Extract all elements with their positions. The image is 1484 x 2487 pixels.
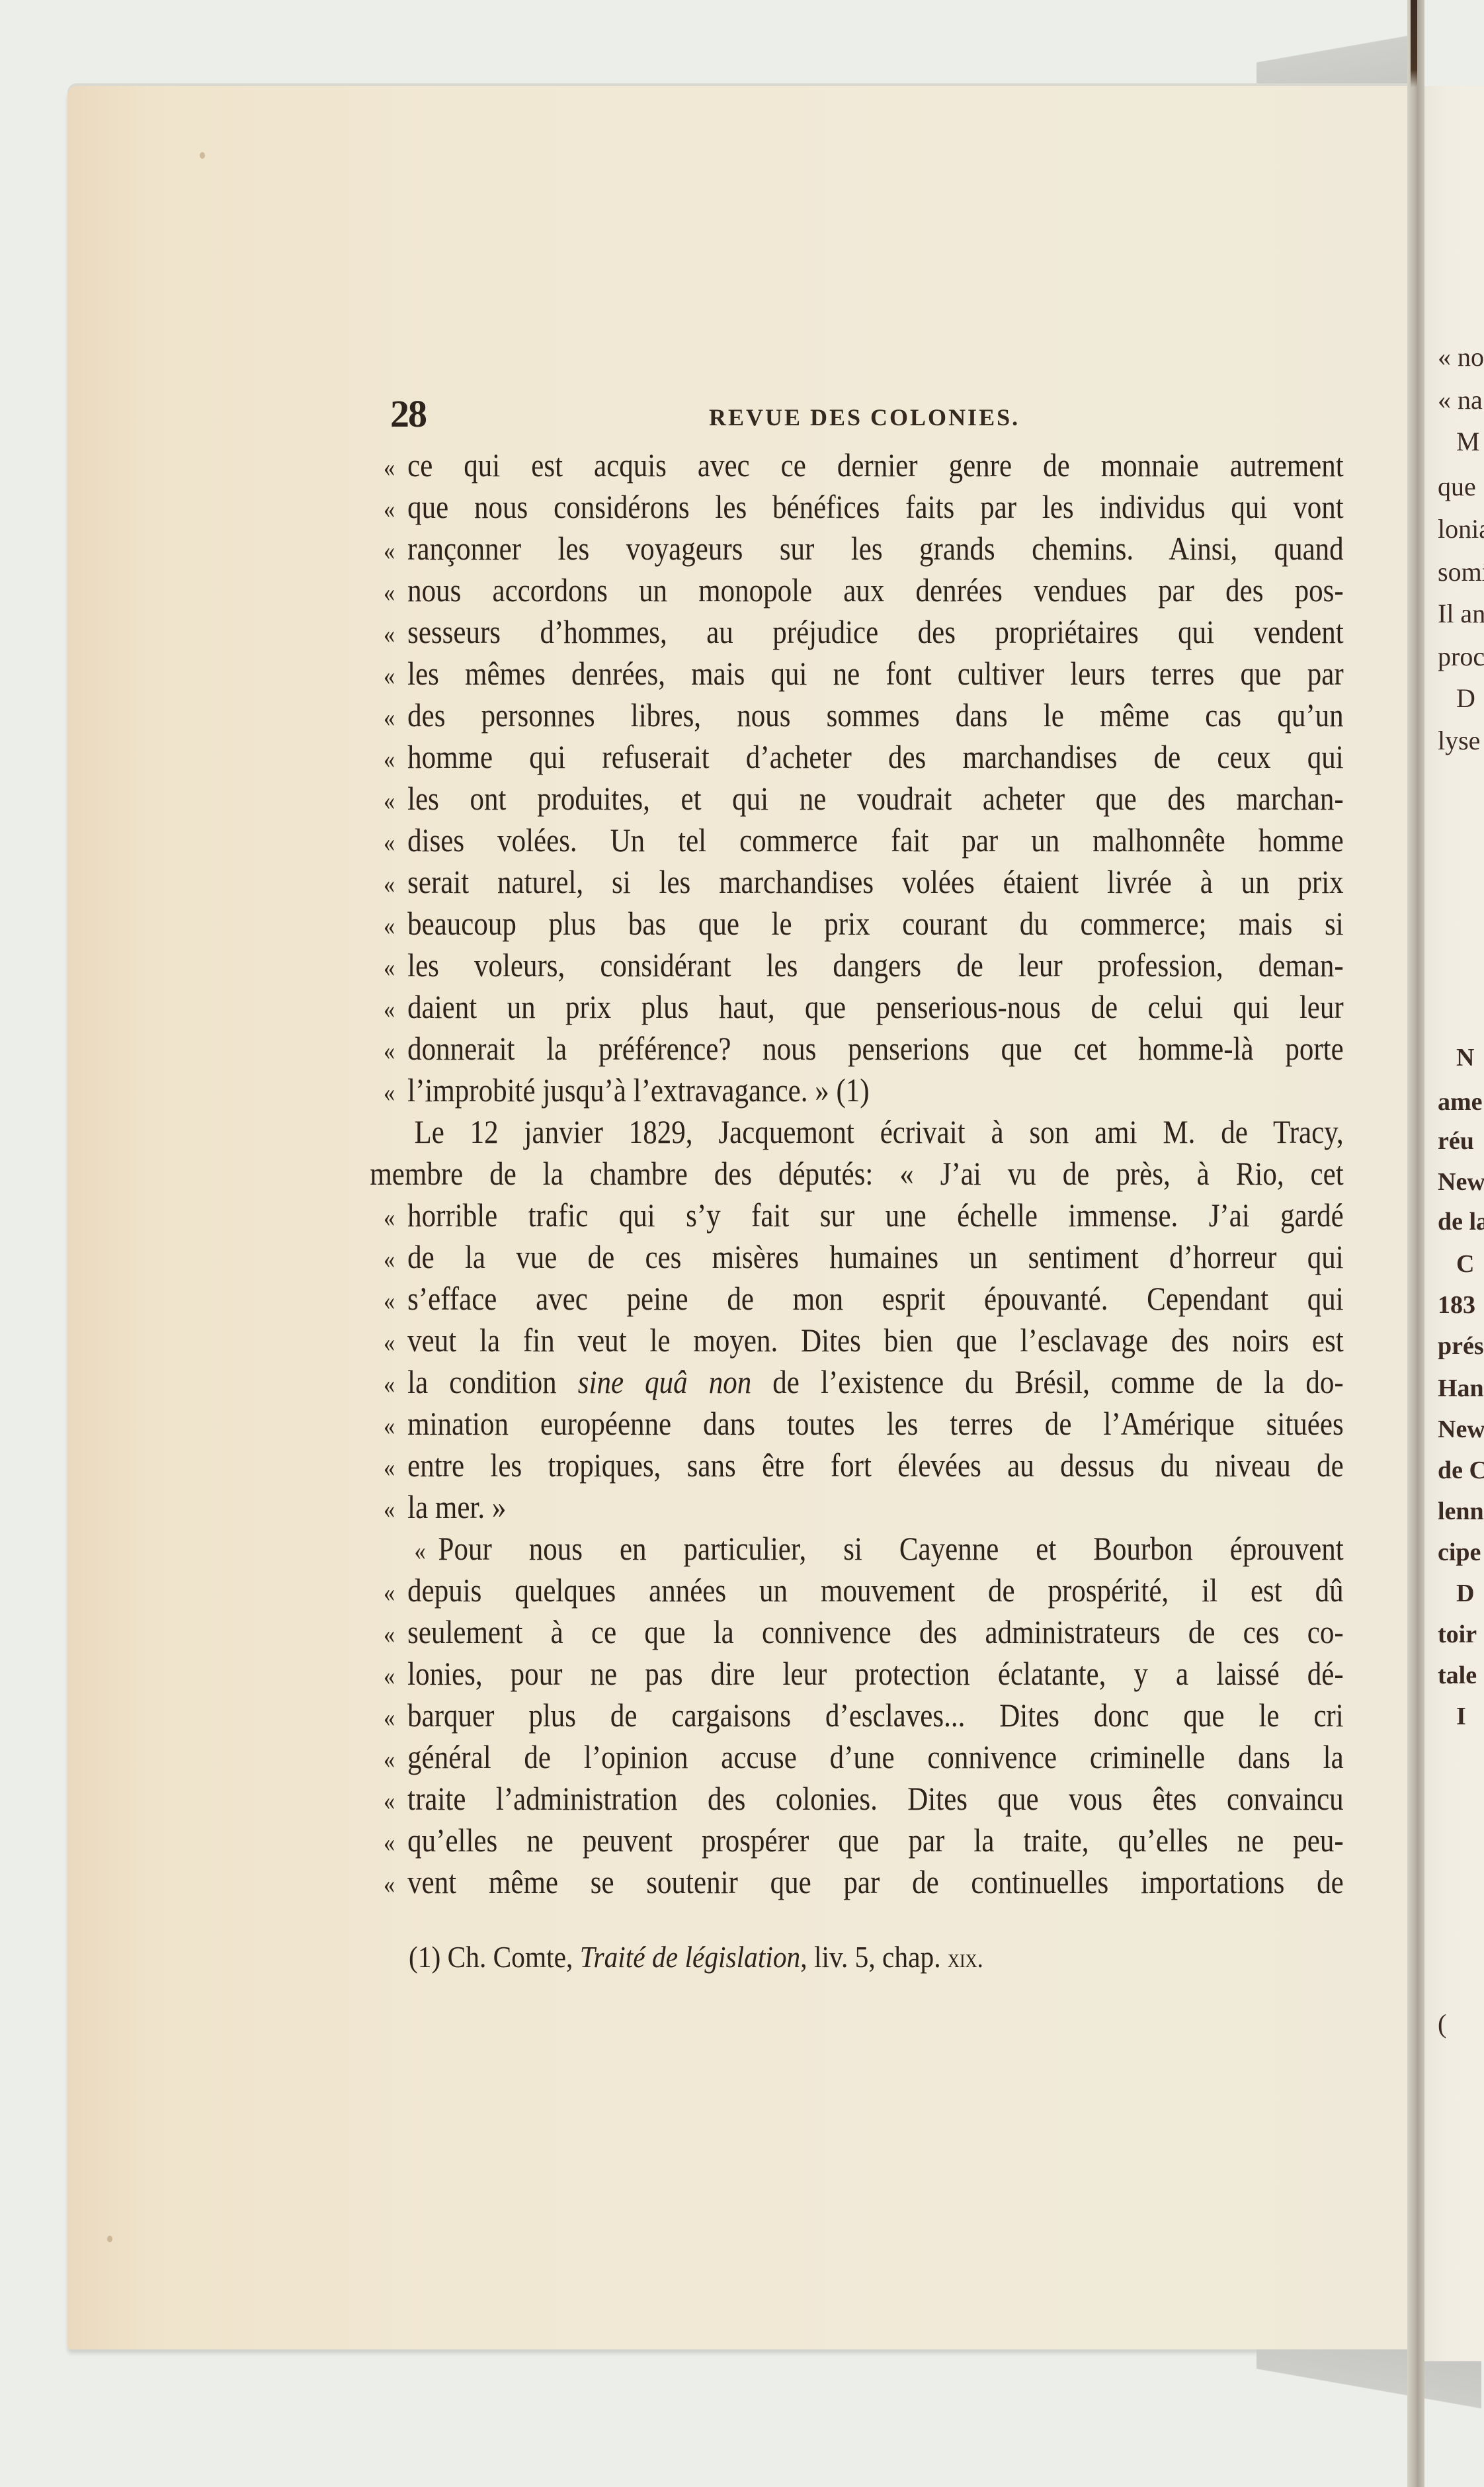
paragraph-start: Le 12 janvier 1829, Jacquemont écrivait … — [384, 1111, 1344, 1153]
adjacent-page-text-fragment: New — [1438, 1169, 1484, 1195]
adjacent-page-text-fragment: réu — [1438, 1128, 1474, 1154]
text-line: «la condition sine quâ non de l’existenc… — [384, 1361, 1344, 1403]
text-line: «les mêmes denrées, mais qui ne font cul… — [384, 653, 1344, 695]
text-line: «que nous considérons les bénéfices fait… — [384, 486, 1344, 528]
text-line: «la mer. » — [384, 1486, 1344, 1528]
footnote: (1) Ch. Comte, Traité de législation, li… — [409, 1939, 983, 1974]
adjacent-page-text-fragment: New — [1438, 1417, 1484, 1442]
text-line: «général de l’opinion accuse d’une conni… — [384, 1736, 1344, 1778]
adjacent-page-text-fragment: lenn — [1438, 1499, 1484, 1524]
adjacent-page-text-fragment: somi — [1438, 559, 1484, 585]
text-line: «lonies, pour ne pas dire leur protectio… — [384, 1653, 1344, 1695]
book-spine — [1407, 0, 1424, 2487]
footnote-marker: (1) — [409, 1940, 440, 1974]
page-number: 28 — [390, 392, 426, 436]
text-line: «donnerait la préférence? nous penserion… — [384, 1028, 1344, 1070]
text-line: «l’improbité jusqu’à l’extravagance. » (… — [384, 1070, 1344, 1111]
adjacent-page-text-fragment: 183 — [1438, 1292, 1475, 1318]
text-line: «vent même se soutenir que par de contin… — [384, 1861, 1344, 1903]
adjacent-page-text-fragment: que — [1438, 474, 1476, 500]
book-page-right-edge: « no« naMqueloniasomiIl anprocDlyseNamer… — [1424, 86, 1484, 2361]
text-line: «traite l’administration des colonies. D… — [384, 1778, 1344, 1820]
adjacent-page-text-fragment: M — [1456, 429, 1480, 455]
text-line: «dises volées. Un tel commerce fait par … — [384, 820, 1344, 861]
page-header: 28 REVUE DES COLONIES. — [390, 392, 1349, 431]
adjacent-page-text-fragment: C — [1456, 1251, 1474, 1277]
adjacent-page-text-fragment: N — [1456, 1045, 1474, 1070]
text-line: membre de la chambre des députés: « J’ai… — [370, 1153, 1343, 1195]
adjacent-page-text-fragment: « na — [1438, 387, 1483, 413]
adjacent-page-text-fragment: proc — [1438, 644, 1484, 670]
text-line: «des personnes libres, nous sommes dans … — [384, 695, 1344, 736]
text-line: «de la vue de ces misères humaines un se… — [384, 1236, 1344, 1278]
adjacent-page-text-fragment: D — [1456, 1581, 1474, 1606]
adjacent-page-text-fragment: ( — [1438, 2011, 1446, 2037]
adjacent-page-text-fragment: de C — [1438, 1458, 1484, 1483]
body-text: «ce qui est acquis avec ce dernier genre… — [384, 444, 1210, 1903]
footnote-chapter: xix. — [948, 1943, 983, 1973]
paper-speck — [200, 152, 205, 159]
adjacent-page-text-fragment: D — [1456, 685, 1475, 712]
adjacent-page-text-fragment: cipe — [1438, 1540, 1481, 1565]
footnote-reference: , liv. 5, chap. — [800, 1940, 940, 1974]
adjacent-page-text-fragment: Han — [1438, 1376, 1484, 1401]
text-line: «les ont produites, et qui ne voudrait a… — [384, 778, 1344, 820]
adjacent-page-text-fragment: toir — [1438, 1622, 1477, 1647]
text-line: «sesseurs d’hommes, au préjudice des pro… — [384, 611, 1344, 653]
adjacent-page-text-fragment: tale — [1438, 1663, 1477, 1688]
text-line: «seulement à ce que la connivence des ad… — [384, 1611, 1344, 1653]
adjacent-page-text-fragment: lyse — [1438, 728, 1480, 754]
running-title: REVUE DES COLONIES. — [709, 403, 1020, 431]
text-line: «nous accordons un monopole aux denrées … — [384, 569, 1344, 611]
text-line: «entre les tropiques, sans être fort éle… — [384, 1445, 1344, 1486]
paragraph-start: «Pour nous en particulier, si Cayenne et… — [384, 1528, 1344, 1570]
adjacent-page-text-fragment: ame — [1438, 1089, 1483, 1115]
text-line: «qu’elles ne peuvent prospérer que par l… — [384, 1820, 1344, 1861]
adjacent-page-text-fragment: lonia — [1438, 516, 1484, 542]
italic-latin-phrase: sine quâ non — [578, 1363, 751, 1400]
text-line: «ce qui est acquis avec ce dernier genre… — [384, 444, 1344, 486]
footnote-work-title: Traité de législation — [580, 1940, 801, 1974]
text-line: «daient un prix plus haut, que penseriou… — [384, 986, 1344, 1028]
adjacent-page-text-fragment: prés — [1438, 1333, 1484, 1359]
adjacent-page-text-fragment: Il an — [1438, 601, 1484, 627]
text-line: «rançonner les voyageurs sur les grands … — [384, 528, 1344, 569]
adjacent-page-text-fragment: « no — [1438, 344, 1484, 370]
text-line: «veut la fin veut le moyen. Dites bien q… — [384, 1320, 1344, 1361]
text-line: «beaucoup plus bas que le prix courant d… — [384, 903, 1344, 945]
text-line: «homme qui refuserait d’acheter des marc… — [384, 736, 1344, 778]
text-line: «depuis quelques années un mouvement de … — [384, 1570, 1344, 1611]
adjacent-page-text-fragment: I — [1456, 1704, 1466, 1729]
text-line: «les voleurs, considérant les dangers de… — [384, 945, 1344, 986]
paper-speck — [107, 2236, 112, 2242]
text-line: «serait naturel, si les marchandises vol… — [384, 861, 1344, 903]
book-spine-binding — [1411, 0, 1417, 87]
text-line: «mination européenne dans toutes les ter… — [384, 1403, 1344, 1445]
text-line: «s’efface avec peine de mon esprit épouv… — [384, 1278, 1344, 1320]
text-line: «barquer plus de cargaisons d’esclaves..… — [384, 1695, 1344, 1736]
footnote-author: Ch. Comte, — [448, 1940, 573, 1974]
text-line: «horrible trafic qui s’y fait sur une éc… — [384, 1195, 1344, 1236]
page-fold-shadow-top — [1257, 26, 1415, 87]
adjacent-page-text-fragment: de la — [1438, 1209, 1484, 1234]
